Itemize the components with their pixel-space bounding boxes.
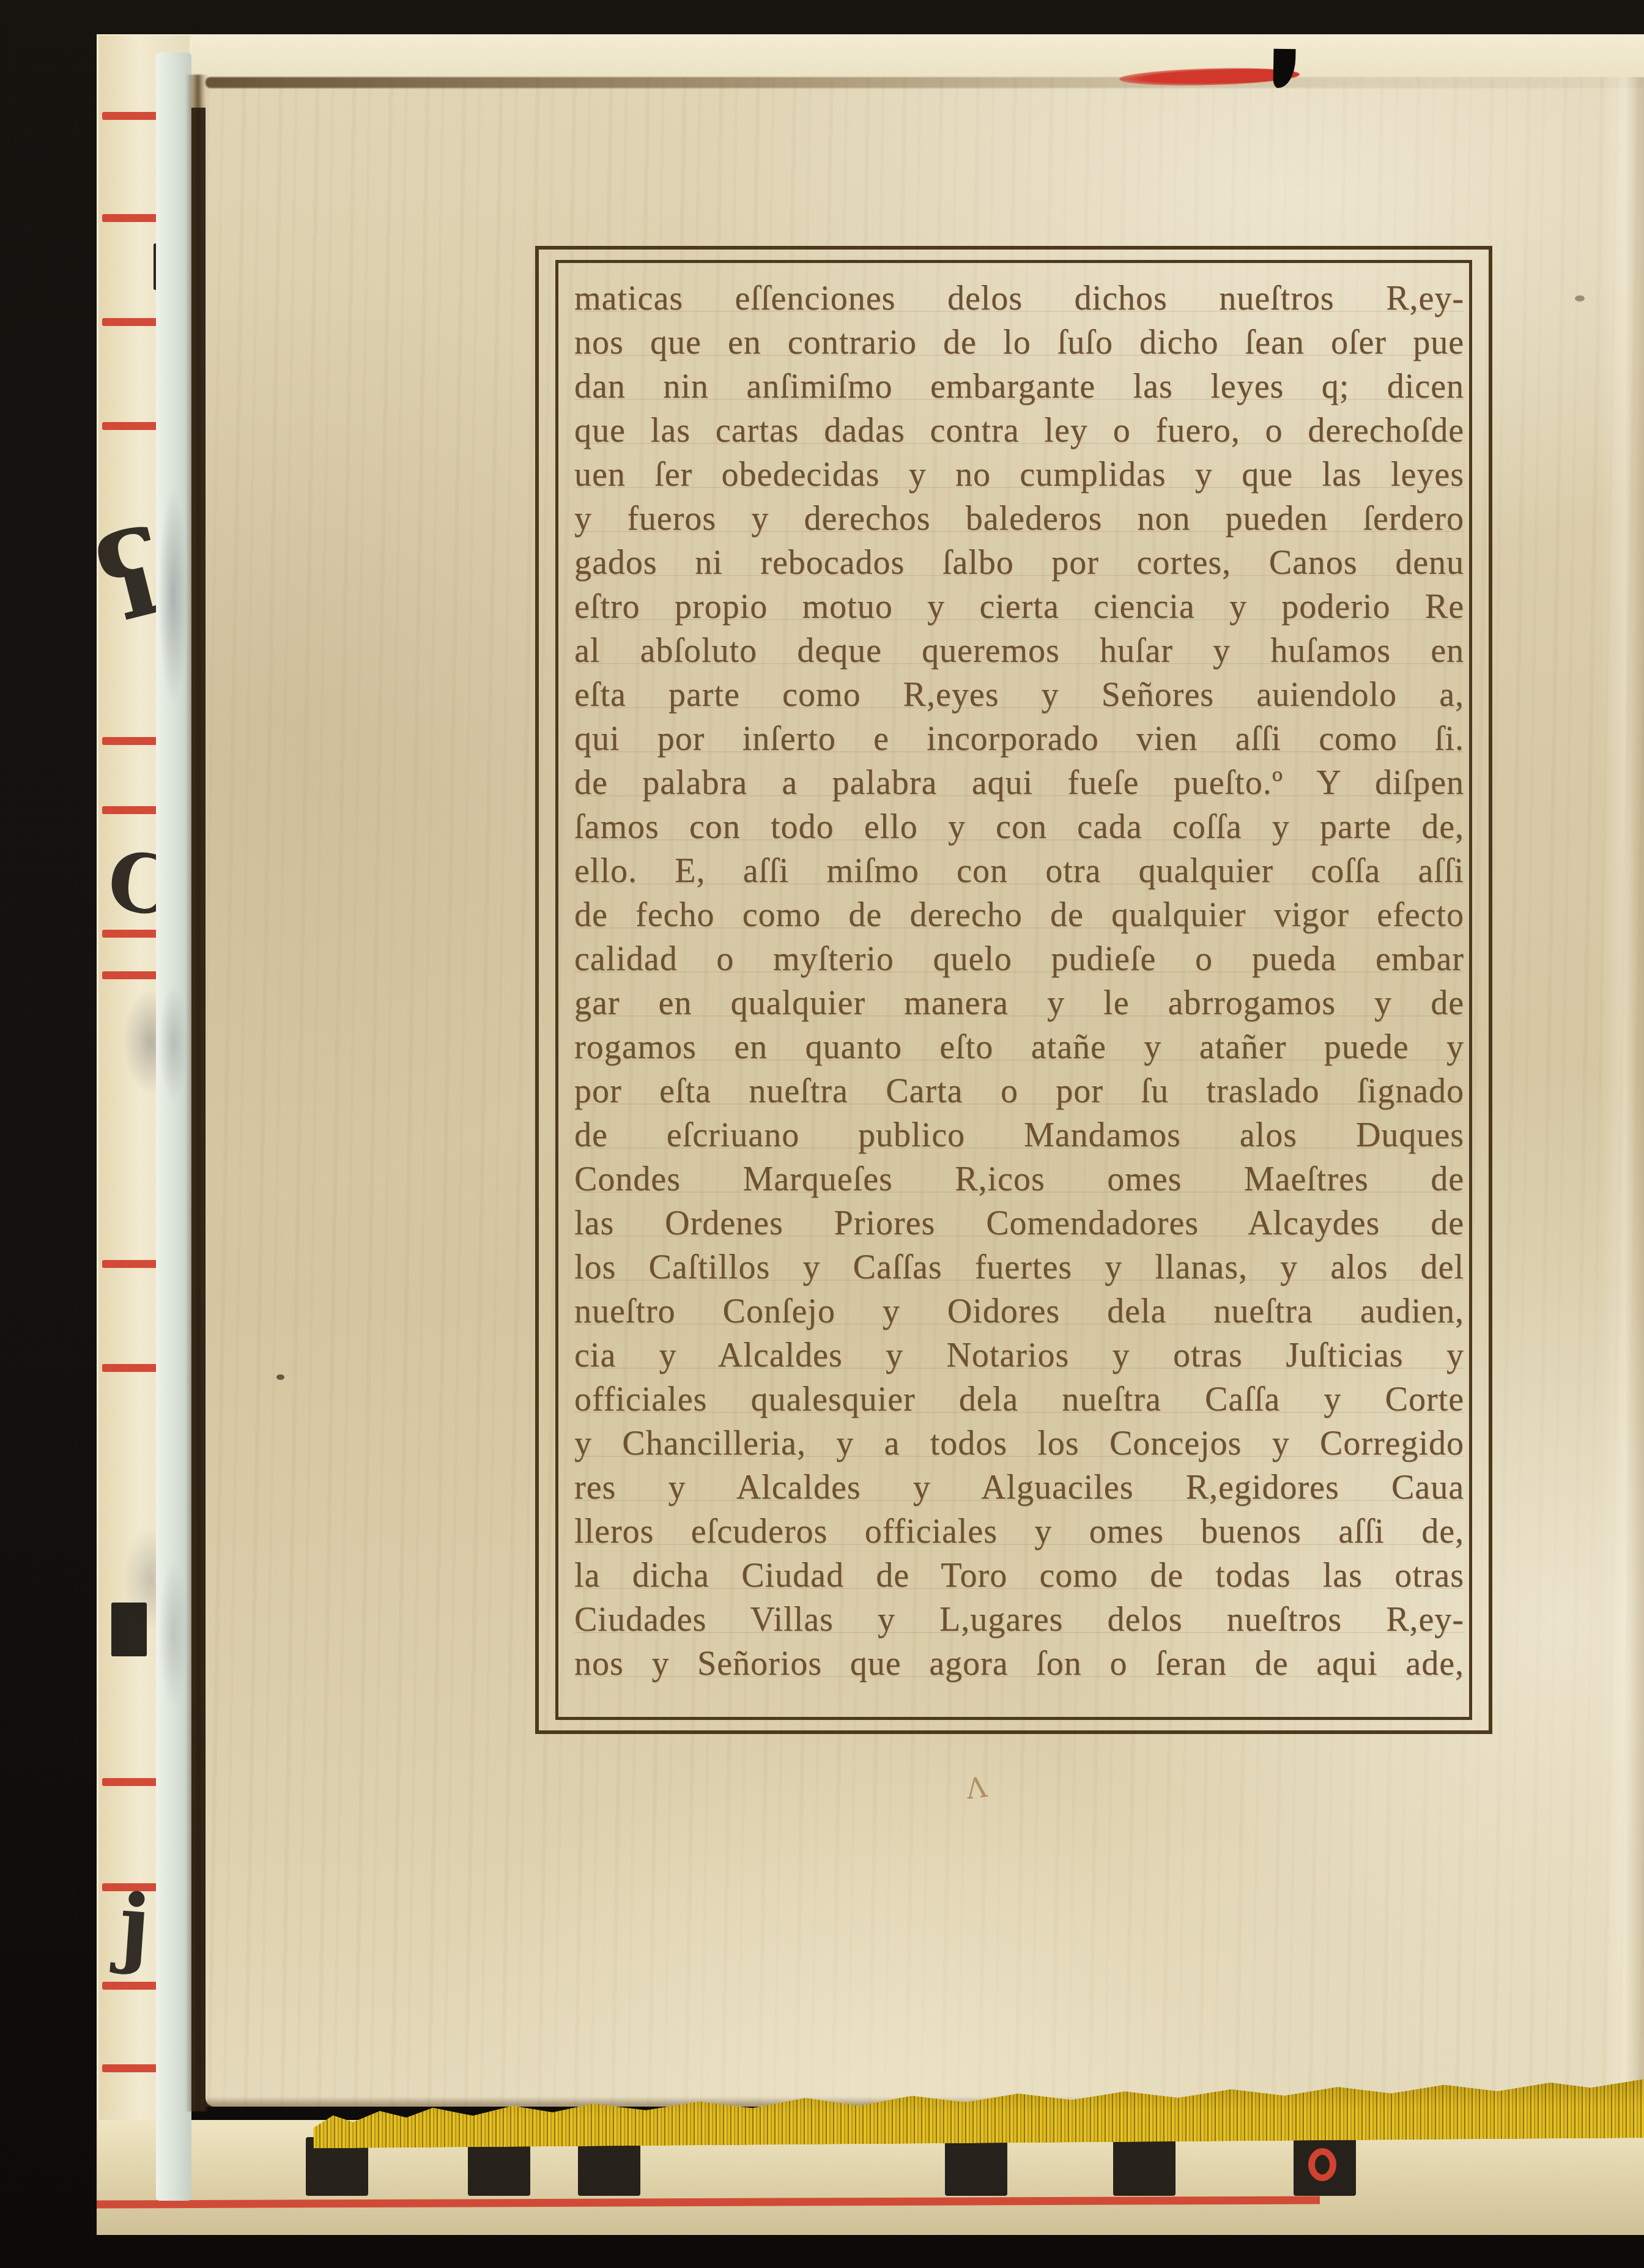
ink-smudge: [158, 985, 188, 1101]
text-line-25: cia y Alcaldes y Notarios y otras Juſtic…: [574, 1333, 1464, 1377]
ink-flourish: j: [116, 1883, 153, 1970]
red-ring-mark: [1308, 2148, 1336, 2181]
text-line-2: nos que en contrario de lo ſuſo dicho ſe…: [574, 321, 1464, 365]
text-line-3: dan nin anſimiſmo embargante las leyes q…: [574, 365, 1464, 409]
text-line-5: uen ſer obedecidas y no cumplidas y que …: [574, 453, 1464, 497]
text-line-23: los Caſtillos y Caſſas fuertes y llanas,…: [574, 1245, 1464, 1289]
text-line-8: eſtro propio motuo y cierta ciencia y po…: [574, 585, 1464, 629]
text-line-18: rogamos en quanto eſto atañe y atañer pu…: [574, 1025, 1464, 1069]
text-line-11: qui por inſerto e incorporado vien aſſi …: [574, 717, 1464, 761]
text-line-19: por eſta nueſtra Carta o por ſu traslado…: [574, 1069, 1464, 1113]
manuscript-text: maticas eſſenciones delos dichos nueſtro…: [574, 276, 1464, 1714]
black-mark: [111, 1603, 147, 1656]
text-line-30: la dicha Ciudad de Toro como de todas la…: [574, 1554, 1464, 1598]
page-right-edge-highlight: [1601, 77, 1644, 2107]
ink-speck: [276, 1374, 284, 1380]
text-line-26: officiales qualesquier dela nueſtra Caſſ…: [574, 1377, 1464, 1421]
text-line-28: res y Alcaldes y Alguaciles R,egidores C…: [574, 1466, 1464, 1510]
ink-smudge: [158, 1560, 188, 1707]
text-line-9: al abſoluto deque queremos huſar y huſam…: [574, 629, 1464, 673]
text-line-24: nueſtro Conſejo y Oidores dela nueſtra a…: [574, 1289, 1464, 1333]
text-line-16: calidad o myſterio quelo pudieſe o pueda…: [574, 937, 1464, 981]
text-line-7: gados ni rebocados ſalbo por cortes, Can…: [574, 541, 1464, 585]
text-line-32: nos y Señorios que agora ſon o ſeran de …: [574, 1642, 1464, 1686]
ink-smudge: [158, 489, 188, 703]
text-frame-inner: maticas eſſenciones delos dichos nueſtro…: [555, 260, 1472, 1720]
ink-doodle: Λ: [965, 1770, 989, 1806]
page-top-edge-shadow: [206, 77, 1644, 88]
text-line-10: eſta parte como R,eyes y Señores auiendo…: [574, 673, 1464, 717]
text-line-22: las Ordenes Priores Comendadores Alcayde…: [574, 1201, 1464, 1245]
ink-speck: [1575, 295, 1585, 302]
parchment-page: maticas eſſenciones delos dichos nueſtro…: [206, 77, 1644, 2107]
text-line-12: de palabra a palabra aqui fueſe pueſto.º…: [574, 761, 1464, 805]
text-frame-outer: maticas eſſenciones delos dichos nueſtro…: [535, 246, 1492, 1734]
text-line-14: ello. E, aſſi miſmo con otra qualquier c…: [574, 849, 1464, 893]
stripe-red-line: [97, 2196, 1320, 2209]
text-line-29: lleros eſcuderos officiales y omes bueno…: [574, 1510, 1464, 1554]
text-line-13: ſamos con todo ello y con cada coſſa y p…: [574, 805, 1464, 849]
manuscript-scan: ʕCj maticas eſſenciones delos dichos nue…: [0, 0, 1644, 2268]
black-mark: [1294, 2137, 1356, 2196]
black-mark: [1113, 2137, 1176, 2196]
text-line-20: de eſcriuano publico Mandamos alos Duque…: [574, 1113, 1464, 1157]
text-line-1: maticas eſſenciones delos dichos nueſtro…: [574, 276, 1464, 321]
text-line-17: gar en qualquier manera y le abrrogamos …: [574, 981, 1464, 1025]
text-line-15: de fecho como de derecho de qualquier vi…: [574, 893, 1464, 937]
black-mark: [945, 2137, 1007, 2196]
text-line-21: Condes Marqueſes R,icos omes Maeſtres de: [574, 1157, 1464, 1201]
text-line-4: que las cartas dadas contra ley o fuero,…: [574, 409, 1464, 453]
text-line-27: y Chancilleria, y a todos los Concejos y…: [574, 1421, 1464, 1466]
text-line-31: Ciudades Villas y L,ugares delos nueſtro…: [574, 1598, 1464, 1642]
text-line-6: y fueros y derechos balederos non pueden…: [574, 497, 1464, 541]
